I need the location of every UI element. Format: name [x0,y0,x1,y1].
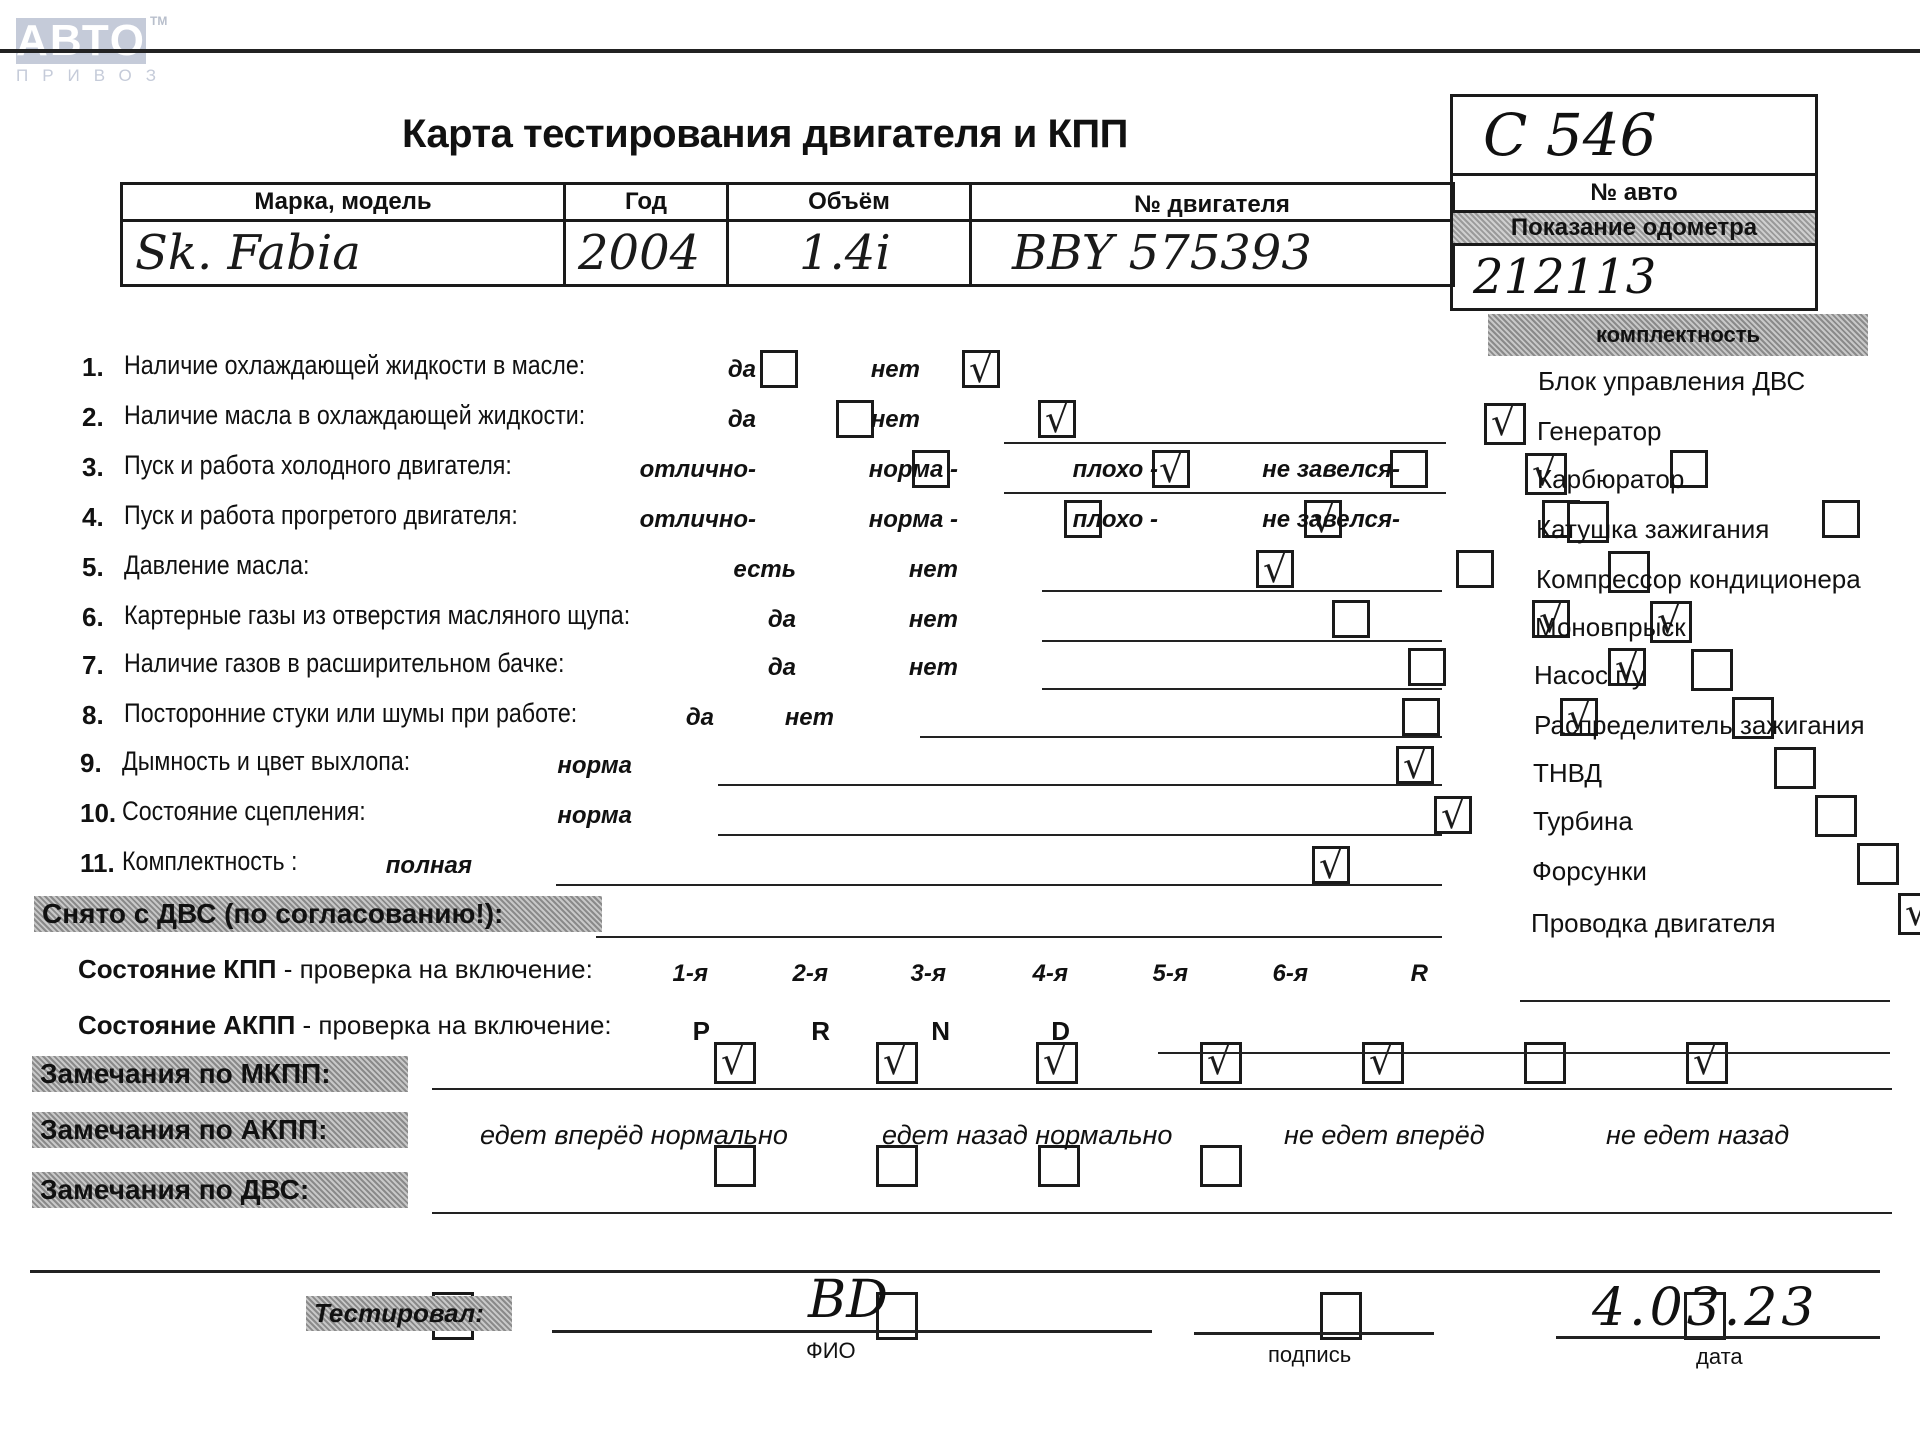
check-number: 2. [82,402,104,433]
manual-gearbox-label: Состояние КПП - проверка на включение: [78,954,593,985]
check-option-label: да [728,406,756,434]
check-option-label: не завелся- [1262,456,1400,484]
check-question: Наличие охлаждающей жидкости в масле: [124,350,585,381]
check-comment-line[interactable] [920,736,1442,738]
tester-name-value[interactable]: BD [808,1270,888,1330]
manual-gearbox-label-rest: - проверка на включение: [277,954,593,984]
completeness-item-label: Моновпрыск [1535,612,1686,643]
check-comment-line[interactable] [718,834,1442,836]
check-option-label: норма - [869,456,958,484]
completeness-item-label: Насос г/у [1534,660,1645,691]
auto-number-box: C 546 № авто Показание одометра 212113 [1450,94,1818,311]
check-option-label: норма - [869,506,958,534]
remarks-dvs-label: Замечания по ДВС: [32,1172,408,1208]
tester-name-line [552,1330,1152,1333]
gear-checkbox[interactable] [1686,1042,1728,1084]
gear-label: 3-я [911,960,946,988]
completeness-item-label: Форсунки [1532,856,1647,887]
check-option-checkbox[interactable] [1256,550,1294,588]
top-rule [0,49,1920,53]
header-year: Год [565,184,728,221]
check-number: 4. [82,502,104,533]
check-comment-line[interactable] [718,784,1442,786]
check-number: 9. [80,748,102,779]
gear-label: 2-я [793,960,828,988]
akpp-remark-label: едет вперёд нормально [480,1120,788,1151]
gear-checkbox[interactable] [1362,1042,1404,1084]
check-question: Пуск и работа холодного двигателя: [124,450,512,481]
check-number: 3. [82,452,104,483]
check-option-label: нет [909,606,958,634]
check-option-label: нет [785,704,834,732]
check-question: Посторонние стуки или шумы при работе: [124,698,577,729]
manual-gearbox-label-bold: Состояние КПП [78,954,277,984]
check-option-checkbox[interactable] [1822,500,1860,538]
volume-value[interactable]: 1.4i [728,221,971,286]
auto-gearbox-label-bold: Состояние АКПП [78,1010,295,1040]
check-comment-line[interactable] [1042,688,1442,690]
auto-number-value[interactable]: C 546 [1453,97,1815,176]
akpp-remark-label: не едет вперёд [1284,1120,1485,1151]
check-comment-line[interactable] [1004,442,1446,444]
date-value[interactable]: 4.03.23 [1592,1278,1818,1338]
completeness-checkbox[interactable] [1898,893,1920,935]
date-caption: дата [1696,1344,1743,1370]
gear-checkbox[interactable] [1200,1042,1242,1084]
check-option-checkbox[interactable] [836,400,874,438]
check-option-checkbox[interactable] [962,350,1000,388]
check-option-label: нет [909,654,958,682]
check-option-label: да [768,654,796,682]
check-question: Картерные газы из отверстия масляного щу… [124,600,630,631]
gear-label: 1-я [673,960,708,988]
check-option-checkbox[interactable] [1312,846,1350,884]
check-option-label: да [728,356,756,384]
manual-gearbox-line[interactable] [1520,1000,1890,1002]
check-number: 11. [80,848,115,879]
check-comment-line[interactable] [556,884,1442,886]
check-option-label: норма [557,752,632,780]
check-option-label: отлично- [640,456,756,484]
check-number: 1. [82,352,104,383]
make-model-value[interactable]: Sk. Fabia [122,221,565,286]
gear-label: 4-я [1033,960,1068,988]
year-value[interactable]: 2004 [565,221,728,286]
header-volume: Объём [728,184,971,221]
check-option-label: плохо - [1073,506,1158,534]
header-engine-number: № двигателя [971,184,1454,221]
check-option-checkbox[interactable] [1456,550,1494,588]
check-number: 7. [82,650,104,681]
remarks-mkpp-label: Замечания по МКПП: [32,1056,408,1092]
logo: АВТО [16,18,146,64]
akpp-gear-label: R [811,1016,830,1047]
akpp-gear-label: D [1051,1016,1070,1047]
check-option-label: нет [871,406,920,434]
completeness-checkbox[interactable] [1484,403,1526,445]
check-number: 8. [82,700,104,731]
check-option-label: нет [871,356,920,384]
akpp-remark-label: не едет назад [1606,1120,1789,1151]
completeness-item-label: Блок управления ДВС [1538,366,1805,397]
completeness-checkbox[interactable] [1774,747,1816,789]
check-option-label: нет [909,556,958,584]
check-option-checkbox[interactable] [1332,600,1370,638]
gear-label: 6-я [1273,960,1308,988]
check-option-label: отлично- [640,506,756,534]
check-option-checkbox[interactable] [1402,698,1440,736]
remarks-mkpp-line[interactable] [432,1088,1892,1090]
header-make-model: Марка, модель [122,184,565,221]
completeness-item-label: Проводка двигателя [1531,908,1776,939]
check-comment-line[interactable] [1004,492,1446,494]
akpp-gear-checkbox[interactable] [714,1145,756,1187]
logo-subtitle: ПРИВОЗ [16,66,170,86]
completeness-checkbox[interactable] [1857,843,1899,885]
check-option-label: полная [386,852,472,880]
akpp-gear-checkbox[interactable] [1200,1145,1242,1187]
auto-number-label: № авто [1453,176,1815,213]
completeness-item-label: ТНВД [1533,758,1602,789]
auto-gearbox-label-rest: - проверка на включение: [295,1010,611,1040]
vehicle-info-table: Марка, модель Год Объём № двигателя Sk. … [120,182,1455,287]
remarks-dvs-line[interactable] [432,1212,1892,1214]
check-question: Наличие газов в расширительном бачке: [124,648,564,679]
completeness-item-label: Генератор [1537,416,1662,447]
akpp-gear-checkbox[interactable] [1038,1145,1080,1187]
check-question: Дымность и цвет выхлопа: [122,746,410,777]
check-comment-line[interactable] [1042,590,1442,592]
check-question: Давление масла: [124,550,309,581]
check-option-label: да [686,704,714,732]
gear-checkbox[interactable] [876,1042,918,1084]
removed-line[interactable] [596,936,1442,938]
engine-checklist: 1.Наличие охлаждающей жидкости в масле:д… [0,0,1920,43]
akpp-gear-label: P [693,1016,710,1047]
check-number: 6. [82,602,104,633]
check-question: Пуск и работа прогретого двигателя: [124,500,518,531]
gear-checkbox[interactable] [714,1042,756,1084]
removed-from-engine-label: Снято с ДВС (по согласованию!): [34,896,602,932]
footer-rule [30,1270,1880,1273]
check-comment-line[interactable] [1042,640,1442,642]
akpp-gear-label: N [931,1016,950,1047]
gear-label: 5-я [1153,960,1188,988]
signature-line[interactable] [1194,1332,1434,1335]
gear-checkbox[interactable] [1524,1042,1566,1084]
check-option-label: плохо - [1073,456,1158,484]
akpp-gear-checkbox[interactable] [876,1145,918,1187]
odometer-label: Показание одометра [1453,213,1815,246]
completeness-checkbox[interactable] [1815,795,1857,837]
signature-caption: подпись [1268,1342,1351,1368]
check-option-label: норма [557,802,632,830]
check-option-label: не завелся- [1262,506,1400,534]
completeness-checkbox[interactable] [1691,649,1733,691]
engine-number-value[interactable]: BBY 575393 [971,221,1454,286]
gear-checkbox[interactable] [1036,1042,1078,1084]
check-option-label: да [768,606,796,634]
check-option-checkbox[interactable] [1038,400,1076,438]
check-number: 5. [82,552,104,583]
akpp-remark-label: едет назад нормально [882,1120,1172,1151]
date-line [1556,1336,1880,1339]
check-option-checkbox[interactable] [1434,796,1472,834]
check-question: Наличие масла в охлаждающей жидкости: [124,400,585,431]
completeness-header: комплектность [1488,314,1868,356]
completeness-item-label: Турбина [1533,806,1633,837]
auto-gearbox-label: Состояние АКПП - проверка на включение: [78,1010,612,1041]
completeness-item-label: Компрессор кондиционера [1536,564,1861,595]
check-number: 10. [80,798,116,829]
gear-label: R [1411,960,1428,988]
tested-by-label: Тестировал: [306,1296,512,1331]
check-option-checkbox[interactable] [760,350,798,388]
odometer-value[interactable]: 212113 [1453,246,1815,308]
name-caption: ФИО [806,1338,856,1364]
logo-trademark: TM [150,14,167,28]
check-option-checkbox[interactable] [1396,746,1434,784]
check-question: Комплектность : [122,846,297,877]
check-option-label: есть [733,556,796,584]
check-option-checkbox[interactable] [1408,648,1446,686]
check-question: Состояние сцепления: [122,796,366,827]
completeness-item-label: Распределитель зажигания [1534,710,1865,741]
auto-gearbox-line[interactable] [1158,1052,1890,1054]
remarks-akpp-label: Замечания по АКПП: [32,1112,408,1148]
completeness-item-label: Катушка зажигания [1536,514,1769,545]
page-title: Карта тестирования двигателя и КПП [402,112,1128,157]
completeness-item-label: Карбюратор [1537,464,1684,495]
